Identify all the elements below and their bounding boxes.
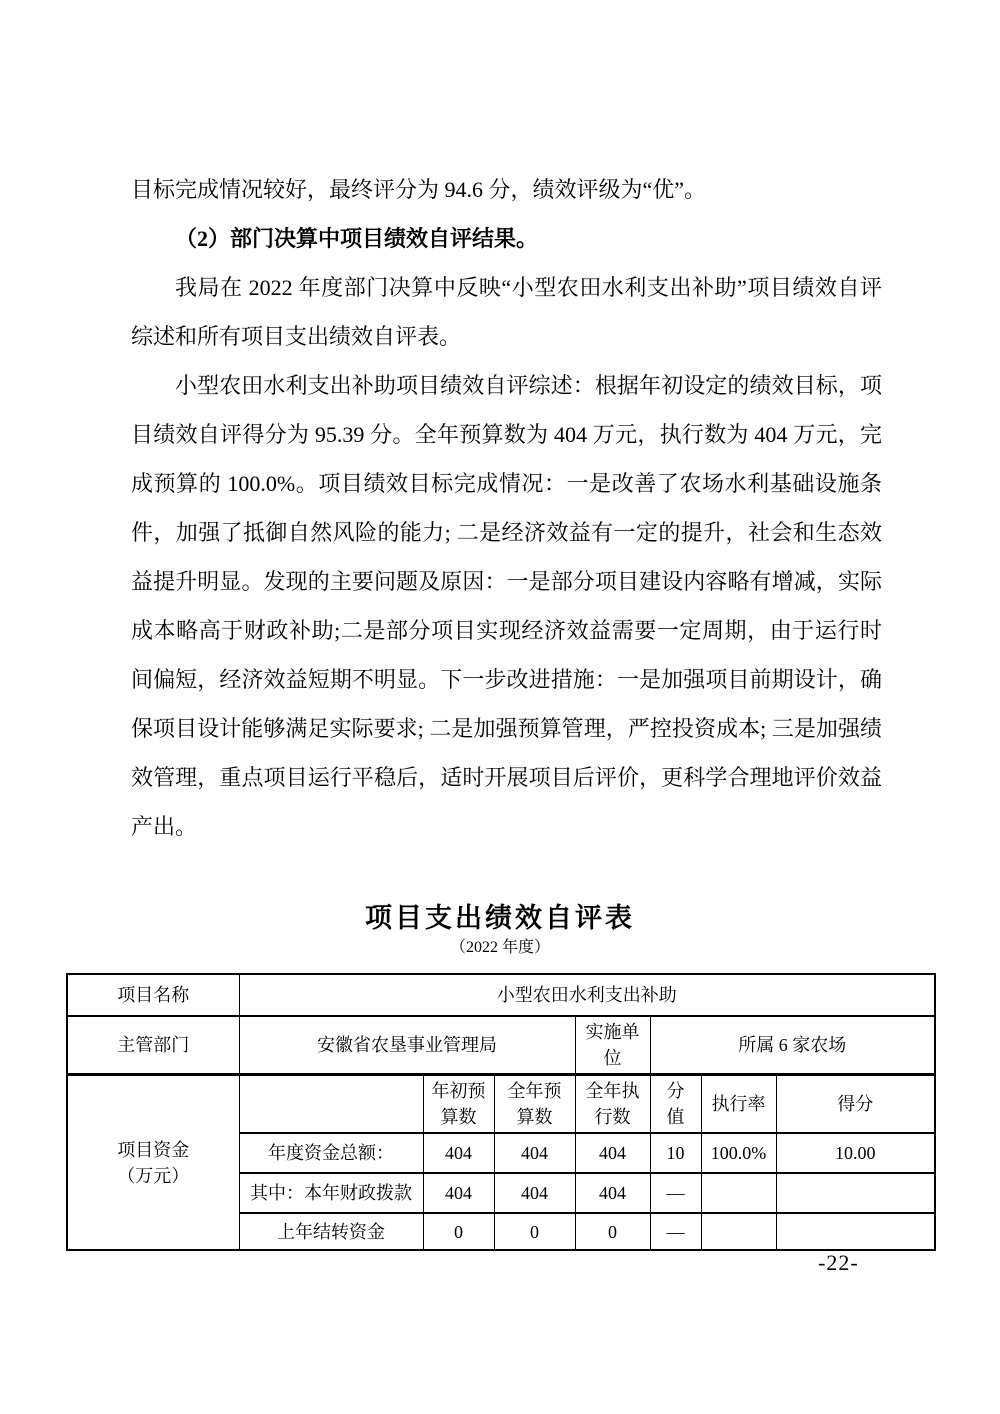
carryover-rate: [701, 1213, 776, 1250]
carryover-initial: 0: [423, 1213, 494, 1250]
project-name-label-cell: 项目名称: [67, 974, 239, 1016]
carryover-score: [776, 1213, 935, 1250]
annual-total-executed: 404: [575, 1133, 650, 1173]
dept-value-cell: 安徽省农垦事业管理局: [239, 1016, 575, 1075]
header-execution-rate: 执行率: [701, 1075, 776, 1134]
funds-label-line1: 项目资金: [76, 1137, 231, 1163]
table-row-project-name: 项目名称 小型农田水利支出补助: [67, 974, 935, 1016]
fiscal-alloc-points: —: [650, 1173, 701, 1213]
annual-total-rate: 100.0%: [701, 1133, 776, 1173]
fiscal-alloc-rate: [701, 1173, 776, 1213]
impl-unit-label-cell: 实施单位: [575, 1016, 650, 1075]
dept-label-cell: 主管部门: [67, 1016, 239, 1075]
table-row-departments: 主管部门 安徽省农垦事业管理局 实施单位 所属 6 家农场: [67, 1016, 935, 1075]
header-annual-budget: 全年预算数: [494, 1075, 575, 1134]
row-label-annual-total: 年度资金总额：: [239, 1133, 423, 1173]
annual-total-initial: 404: [423, 1133, 494, 1173]
funds-label-cell: 项目资金 （万元）: [67, 1075, 239, 1251]
impl-unit-value-cell: 所属 6 家农场: [650, 1016, 935, 1075]
fiscal-alloc-executed: 404: [575, 1173, 650, 1213]
annual-total-score: 10.00: [776, 1133, 935, 1173]
paragraph-self-eval-narrative: 小型农田水利支出补助项目绩效自评综述：根据年初设定的绩效目标，项目绩效自评得分为…: [131, 361, 882, 851]
annual-total-budget: 404: [494, 1133, 575, 1173]
fiscal-alloc-budget: 404: [494, 1173, 575, 1213]
self-eval-table: 项目名称 小型农田水利支出补助 主管部门 安徽省农垦事业管理局 实施单位 所属 …: [66, 973, 936, 1251]
empty-header-cell: [239, 1075, 423, 1134]
page-number: -22-: [818, 1250, 859, 1276]
row-label-fiscal-allocation: 其中：本年财政拨款: [239, 1173, 423, 1213]
header-initial-budget: 年初预算数: [423, 1075, 494, 1134]
row-label-carryover: 上年结转资金: [239, 1213, 423, 1250]
project-name-value-cell: 小型农田水利支出补助: [239, 974, 935, 1016]
carryover-executed: 0: [575, 1213, 650, 1250]
funds-label-line2: （万元）: [76, 1163, 231, 1189]
table-row-column-headers: 项目资金 （万元） 年初预算数 全年预算数 全年执行数 分值 执行率 得分: [67, 1075, 935, 1134]
annual-total-points: 10: [650, 1133, 701, 1173]
table-title: 项目支出绩效自评表: [0, 896, 1000, 935]
header-points: 分值: [650, 1075, 701, 1134]
header-score: 得分: [776, 1075, 935, 1134]
paragraph-decl-summary: 我局在 2022 年度部门决算中反映“小型农田水利支出补助”项目绩效自评综述和所…: [131, 263, 882, 361]
header-annual-executed: 全年执行数: [575, 1075, 650, 1134]
body-text: 目标完成情况较好，最终评分为 94.6 分，绩效评级为“优”。 （2）部门决算中…: [131, 165, 882, 851]
section-heading: （2）部门决算中项目绩效自评结果。: [131, 214, 882, 263]
carryover-budget: 0: [494, 1213, 575, 1250]
fiscal-alloc-score: [776, 1173, 935, 1213]
paragraph-continuation: 目标完成情况较好，最终评分为 94.6 分，绩效评级为“优”。: [131, 165, 882, 214]
carryover-points: —: [650, 1213, 701, 1250]
document-page: 目标完成情况较好，最终评分为 94.6 分，绩效评级为“优”。 （2）部门决算中…: [0, 0, 1000, 1414]
table-subtitle: （2022 年度）: [0, 934, 1000, 957]
fiscal-alloc-initial: 404: [423, 1173, 494, 1213]
